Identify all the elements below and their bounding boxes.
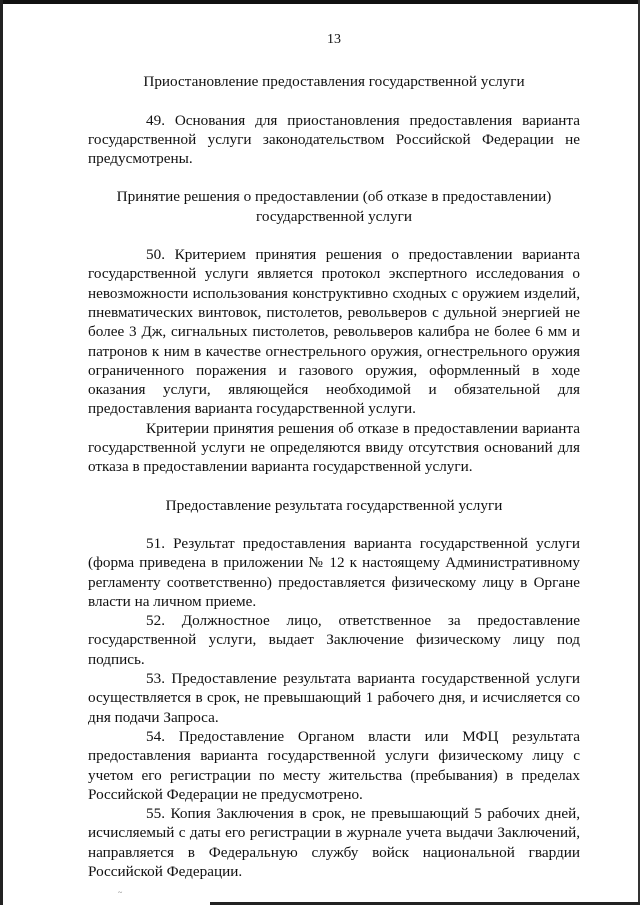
paragraph-refusal-criteria: Критерии принятия решения об отказе в пр… bbox=[88, 419, 580, 477]
paragraph-52: 52. Должностное лицо, ответственное за п… bbox=[88, 611, 580, 669]
scan-edge-top bbox=[0, 0, 640, 4]
paragraph-51: 51. Результат предоставления варианта го… bbox=[88, 534, 580, 611]
section-result: Предоставление результата государственно… bbox=[88, 496, 580, 882]
paragraph-54: 54. Предоставление Органом власти или МФ… bbox=[88, 727, 580, 804]
paragraph-50: 50. Критерием принятия решения о предост… bbox=[88, 245, 580, 419]
section-decision: Принятие решения о предоставлении (об от… bbox=[88, 187, 580, 476]
paragraph-55: 55. Копия Заключения в срок, не превышаю… bbox=[88, 804, 580, 881]
paragraph-53: 53. Предоставление результата варианта г… bbox=[88, 669, 580, 727]
scan-edge-left bbox=[0, 0, 3, 905]
section-heading: Приостановление предоставления государст… bbox=[88, 72, 580, 91]
paragraph-49: 49. Основания для приостановления предос… bbox=[88, 111, 580, 169]
section-heading: Предоставление результата государственно… bbox=[88, 496, 580, 515]
section-heading-line1: Принятие решения о предоставлении (об от… bbox=[88, 187, 580, 206]
section-heading-line2: государственной услуги bbox=[88, 207, 580, 226]
scan-speck: ~ bbox=[118, 888, 122, 897]
page-number: 13 bbox=[88, 30, 580, 49]
document-page: 13 Приостановление предоставления госуда… bbox=[88, 30, 580, 881]
section-suspension: Приостановление предоставления государст… bbox=[88, 72, 580, 168]
